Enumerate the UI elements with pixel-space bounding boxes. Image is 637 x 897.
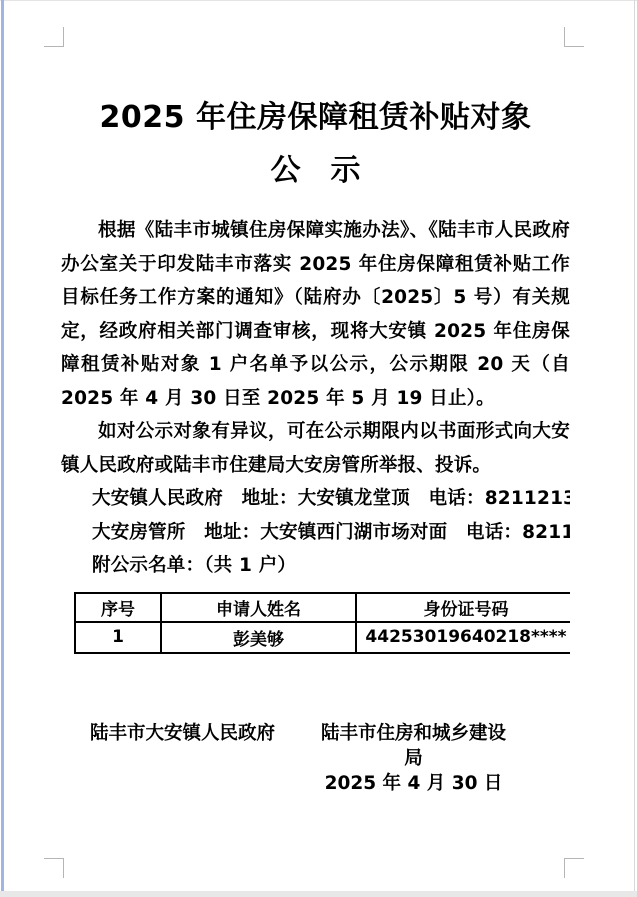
page-left-edge-highlight [1,0,4,892]
header-seq: 序号 [75,593,161,622]
signature-left-org: 陆丰市大安镇人民政府 [90,721,275,746]
signature-right-block: 陆丰市住房和城乡建设局 2025 年 4 月 30 日 [316,721,511,796]
contact-line-town-government: 大安镇人民政府 地址：大安镇龙堂顶 电话：8211213 [61,482,570,516]
table-row: 1 彭美够 44253019640218**** [75,622,570,653]
document-content: 2025 年住房保障租赁补贴对象 公 示 根据《陆丰市城镇住房保障实施办法》、《… [61,0,570,891]
signature-block: 陆丰市大安镇人民政府 陆丰市住房和城乡建设局 2025 年 4 月 30 日 [61,721,570,781]
contact-line-housing-office: 大安房管所 地址：大安镇西门湖市场对面 电话：8211471 [61,516,570,550]
paragraph-objection: 如对公示对象有异议，可在公示期限内以书面形式向大安镇人民政府或陆丰市住建局大安房… [61,415,570,482]
header-id-number: 身份证号码 [356,593,570,622]
document-page: 2025 年住房保障租赁补贴对象 公 示 根据《陆丰市城镇住房保障实施办法》、《… [0,0,637,897]
attachment-note: 附公示名单：（共 1 户） [61,549,570,583]
table-header-row: 序号 申请人姓名 身份证号码 [75,593,570,622]
cell-seq: 1 [75,622,161,653]
page-right-edge [634,0,635,892]
document-title-line2: 公 示 [61,154,570,188]
paragraph-basis: 根据《陆丰市城镇住房保障实施办法》、《陆丰市人民政府办公室关于印发陆丰市落实 2… [61,214,570,415]
applicants-table: 序号 申请人姓名 身份证号码 1 彭美够 44253019640218**** [74,592,570,654]
header-applicant-name: 申请人姓名 [161,593,356,622]
cell-id-number: 44253019640218**** [356,622,570,653]
document-title-line1: 2025 年住房保障租赁补贴对象 [61,101,570,135]
signature-date: 2025 年 4 月 30 日 [316,771,511,796]
cell-applicant-name: 彭美够 [161,622,356,653]
body-text: 根据《陆丰市城镇住房保障实施办法》、《陆丰市人民政府办公室关于印发陆丰市落实 2… [61,214,570,583]
page-bottom-edge [0,891,637,897]
signature-right-org: 陆丰市住房和城乡建设局 [316,721,511,771]
